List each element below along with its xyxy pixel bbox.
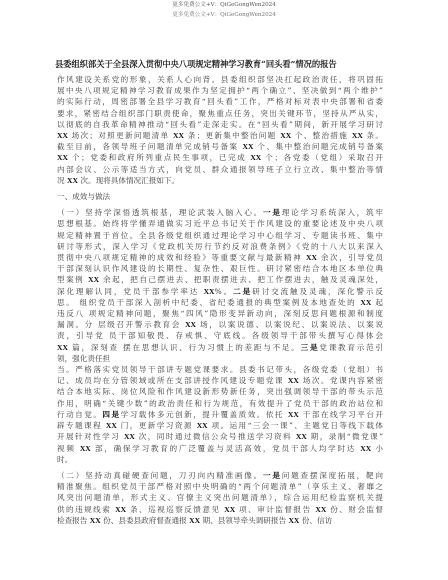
watermark-line: 更多免费公文+V：QiGeGongWen2024 — [0, 0, 448, 10]
text-line: 要求，紧密结合组织部门职责使命，聚焦重点任务，突出关键环节，坚持从严从实， — [57, 108, 383, 119]
text-line: 风突出问题清单，形式主义、官僚主义突出问题清单），综合运用纪检监察机关提 — [57, 492, 383, 503]
text-line: 精准聚焦。组织党员干部严格对照中央明确的“两个问题清单”（享乐主义、奢靡之 — [57, 481, 383, 492]
text-line: 研讨等形式，深入学习《党政机关厉行节约反对浪费条例》《党的十八大以来深入 — [57, 241, 383, 252]
text-line: 当。严格落实党员领导干部讲专题党课要求。县委书记带头，各级党委（党组）书 — [57, 364, 383, 375]
watermark-line: 更多免费公文+V：QiGeGongWen2024 — [0, 10, 448, 20]
text-line: 检查报告 XX 份、县委县政府督查通报 XX 期、县领导牵头调研报告 XX 份、… — [57, 515, 383, 526]
text-line: 时。 — [57, 454, 383, 465]
text-line: 贯彻中央八项规定精神的成效和经验》等重要文献与最新精神 XX 余次，引导党员 — [57, 252, 383, 263]
text-line: 况 XX 次。现将具体情况汇报如下。 — [57, 175, 383, 186]
text-line: 深化理解认同，党员干部参学率达 XX%。二是研讨交流触及灵魂，深化警示反 — [57, 286, 383, 297]
text-line: XX 篇，深刻查 摆在思想认识、行为习惯上的差距与不足。三是党课教育示范引 — [57, 342, 383, 353]
text-line: XX 场次；对照更新问题清单 XX 条；更新集中整治问题 XX 个、整治措施 X… — [57, 130, 383, 141]
text-line: （二）坚持动真碰硬查问题，刀刃向内精准画像。一是问题查摆深度拓展，靶向 — [57, 470, 383, 481]
text-line: 作风建设关系党的形象，关系人心向背。县委组织部坚决扛起政治责任，将巩固拓 — [57, 74, 383, 85]
text-line: 规定精神置于首位。全县各级党组织通过理论学习中心组学习、专题读书班、集中 — [57, 230, 383, 241]
document-title: 县委组织部关于全县深入贯彻中央八项规定精神学习教育“回头看”情况的报告 — [55, 59, 383, 70]
text-line: 思想根基。始终将学懂弄通做实习近平总书记关于作风建设的重要论述及中央八项 — [57, 218, 383, 229]
watermark-header: 更多免费公文+V：QiGeGongWen2024 更多免费公文+V：QiGeGo… — [0, 0, 448, 20]
document-page: 县委组织部关于全县深入贯彻中央八项规定精神学习教育“回头看”情况的报告 作风建设… — [57, 59, 383, 526]
text-line: 内部会议、公示等适当方式，向党员、群众通报领导班子立行立改、集中整治等情 — [57, 164, 383, 175]
text-line: 以彻底的自我革命精神推动“回头看”走深走实。在“回头看”期间，新开展学习研讨 — [57, 119, 383, 130]
text-line: 责，引导党 员干部知敬畏、存戒惧、守底线。各级领导干部带头撰写心得体会 — [57, 330, 383, 341]
subsection-1-paragraph: （一）坚持学深悟透筑根基，理论武装入脑入心。一是理论学习系统深入，筑牢思想根基。… — [57, 207, 383, 465]
section-heading-results: 一、成效与做法 — [57, 191, 383, 202]
text-line: 作用，明确“关键少数”的政治责任和行为规范，有效提升了党员干部的政治站位和 — [57, 398, 383, 409]
text-line: 行动自觉。四是学习载体多元创新，提升覆盖质效。依托 XX 干部在线学习平台开 — [57, 409, 383, 420]
text-line: 结合本地实际、岗位风险和作风建设新形势新任务，突出强调领导干部的带头示范 — [57, 386, 383, 397]
text-line: 型案例 XX 余起，把自己摆进去、把职责摆进去、把工作摆进去，触及灵魂深处， — [57, 274, 383, 285]
text-line: 记、成员均在分管领域或所在支部讲授作风建设专题党课 XX 场次。党课内容紧密 — [57, 375, 383, 386]
text-line: 截至目前，各领导班子问题清单完成销号备案 XX 个、集中整治问题完成销号备案 — [57, 141, 383, 152]
text-line: 视频 XX 部，确保学习教育的广泛覆盖与灵活高效，党员干部人均学时达 XX 小 — [57, 443, 383, 454]
text-line: 辟专题课程 XX 门，更新学习资源 XX 项。运用“三会一课”、主题党日等线下载… — [57, 420, 383, 431]
text-line: 的实际行动，周密部署全县学习教育“回头看”工作，严格对标对表中央部署和省委 — [57, 96, 383, 107]
text-line: 违反八 项规定精神问题，聚焦“四风”隐形变异新动向，深刻反思问题根源和制度 — [57, 308, 383, 319]
text-line: （一）坚持学深悟透筑根基，理论武装入脑入心。一是理论学习系统深入，筑牢 — [57, 207, 383, 218]
text-line: 供的违规线索 XX 条、巡视巡察反馈意见 XX 项、审计监督报告 XX 份、财会… — [57, 504, 383, 515]
text-line: 干部深刻认识作风建设的长期性、复杂性、艰巨性。研讨紧密结合本地区本单位典 — [57, 263, 383, 274]
text-line: 漏洞。分 层级召开警示教育会 XX 场，以案说德、以案说纪、以案说法、以案说 — [57, 319, 383, 330]
text-line: 领，强化责任担 — [57, 353, 383, 364]
text-line: 开展针对性学习 XX 次，同时通过微信公众号推送学习资料 XX 期，录制“微党课… — [57, 431, 383, 442]
text-line: XX 个；党委和政府所列重点民生事项，已完成 XX 个；各党委（党组）采取召开 — [57, 152, 383, 163]
text-line: 思。 组织党员干部深入剖析中纪委、省纪委通报的典型案例及本地查处的 XX 起 — [57, 297, 383, 308]
intro-paragraph: 作风建设关系党的形象，关系人心向背。县委组织部坚决扛起政治责任，将巩固拓展中央八… — [57, 74, 383, 186]
text-line: 展中央八项规定精神学习教育成果作为坚定拥护“两个确立”、坚决做到“两个维护” — [57, 85, 383, 96]
subsection-2-paragraph: （二）坚持动真碰硬查问题，刀刃向内精准画像。一是问题查摆深度拓展，靶向精准聚焦。… — [57, 470, 383, 526]
